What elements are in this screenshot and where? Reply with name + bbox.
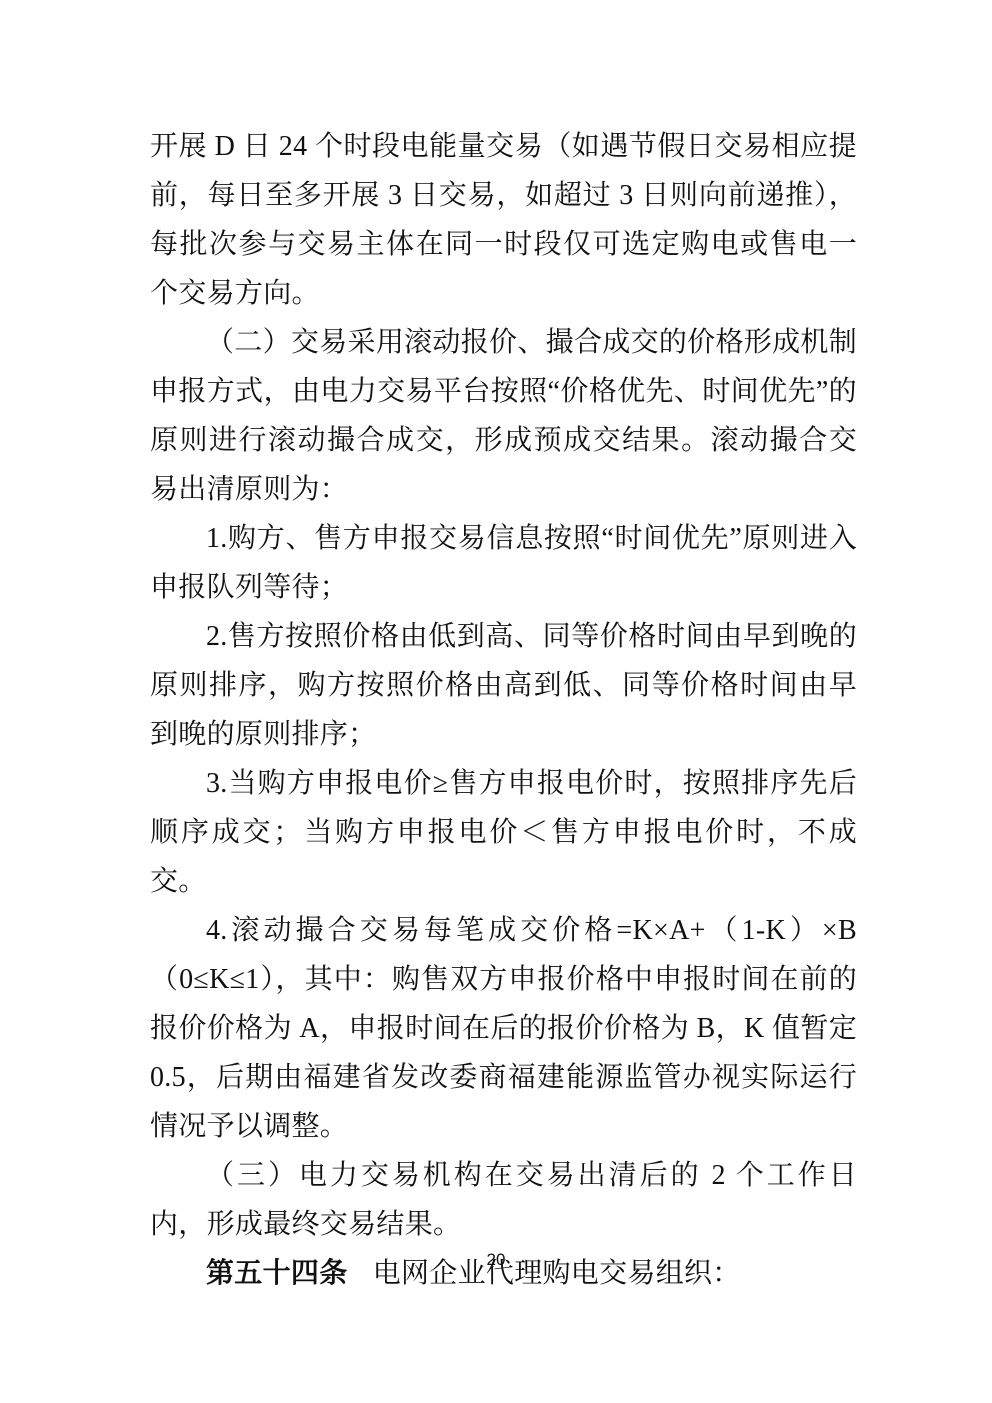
paragraph-rule-2: 2.售方按照价格由低到高、同等价格时间由早到晚的原则排序，购方按照价格由高到低、…	[150, 612, 857, 759]
paragraph-rule-1: 1.购方、售方申报交易信息按照“时间优先”原则进入申报队列等待；	[150, 514, 857, 612]
paragraph-rule-3: 3.当购方申报电价≥售方申报电价时，按照排序先后顺序成交；当购方申报电价＜售方申…	[150, 759, 857, 906]
text-content: 开展 D 日 24 个时段电能量交易（如遇节假日交易相应提前，每日至多开展 3 …	[150, 122, 857, 1298]
paragraph-item-2: （二）交易采用滚动报价、撮合成交的价格形成机制申报方式，由电力交易平台按照“价格…	[150, 318, 857, 514]
paragraph-continuation: 开展 D 日 24 个时段电能量交易（如遇节假日交易相应提前，每日至多开展 3 …	[150, 122, 857, 318]
paragraph-rule-4: 4.滚动撮合交易每笔成交价格=K×A+（1-K）×B（0≤K≤1），其中：购售双…	[150, 906, 857, 1151]
document-page: 开展 D 日 24 个时段电能量交易（如遇节假日交易相应提前，每日至多开展 3 …	[0, 0, 992, 1403]
page-number: 20	[0, 1248, 992, 1272]
paragraph-item-3: （三）电力交易机构在交易出清后的 2 个工作日内，形成最终交易结果。	[150, 1151, 857, 1249]
